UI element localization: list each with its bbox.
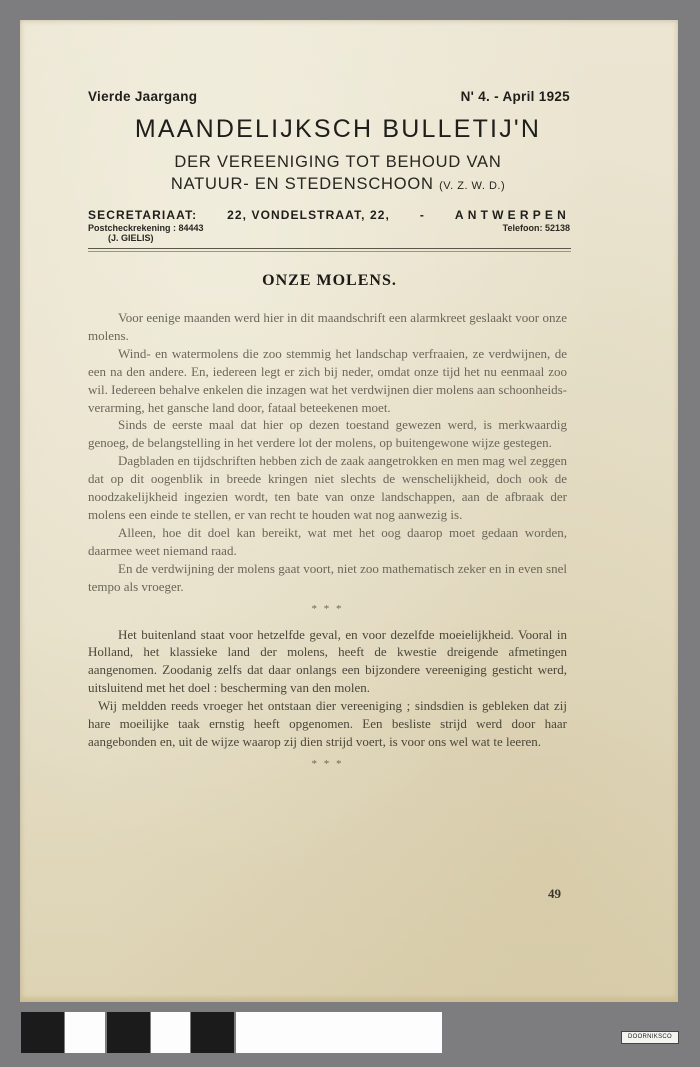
article-title: ONZE MOLENS. (88, 272, 571, 290)
paragraph: Het buitenland staat voor hetzelfde geva… (88, 626, 567, 698)
section-break: * * * (88, 600, 567, 618)
paragraph: Voor eenige maanden werd hier in dit maa… (88, 309, 567, 345)
color-bar-black-2 (107, 1012, 150, 1053)
secretariat-line: SECRETARIAAT: 22, VONDELSTRAAT, 22, - AN… (88, 208, 570, 222)
scanned-page: Vierde Jaargang N' 4. - April 1925 MAAND… (20, 20, 678, 1002)
contact-line: Postcheckrekening : 84443 Telefoon: 5213… (88, 223, 570, 233)
color-bar-white-1 (65, 1012, 105, 1053)
postcheck-holder: (J. GIELIS) (108, 233, 154, 243)
paragraph: En de verdwijning der molens gaat voort,… (88, 560, 567, 596)
header-rule (88, 248, 571, 249)
subtitle-text: NATUUR- EN STEDENSCHOON (171, 175, 434, 193)
publication-title: MAANDELIJKSCH BULLETIJ'N (88, 115, 588, 144)
color-bar-white-2 (151, 1012, 190, 1053)
secretariat-address: 22, VONDELSTRAAT, 22, (227, 208, 390, 222)
masthead-top-row: Vierde Jaargang N' 4. - April 1925 (88, 89, 570, 104)
archive-tag: DOORNIKSCO (621, 1031, 679, 1044)
postcheck: Postcheckrekening : 84443 (88, 223, 204, 233)
article-body: Voor eenige maanden werd hier in dit maa… (88, 309, 567, 781)
publication-subtitle-1: DER VEREENIGING TOT BEHOUD VAN (88, 153, 588, 172)
color-bar-white-3 (236, 1012, 442, 1053)
header-rule-secondary (88, 251, 571, 252)
paragraph: Wind- en watermolens die zoo stemmig het… (88, 345, 567, 417)
page-number: 49 (548, 886, 561, 902)
paragraph: Alleen, hoe dit doel kan bereikt, wat me… (88, 524, 567, 560)
paragraph: Wij meldden reeds vroeger het ontstaan d… (88, 697, 567, 751)
section-break: * * * (88, 755, 567, 773)
paragraph: Sinds de eerste maal dat hier op dezen t… (88, 416, 567, 452)
legal-form: (V. Z. W. D.) (439, 180, 505, 192)
telephone: Telefoon: 52138 (503, 223, 570, 233)
volume-label: Vierde Jaargang (88, 89, 197, 104)
publication-subtitle-2: NATUUR- EN STEDENSCHOON (V. Z. W. D.) (88, 175, 588, 194)
color-bar-black-1 (21, 1012, 64, 1053)
city: ANTWERPEN (455, 208, 570, 222)
issue-label: N' 4. - April 1925 (461, 89, 570, 104)
paragraph: Dagbladen en tijdschriften hebben zich d… (88, 452, 567, 524)
color-bar-black-3 (191, 1012, 234, 1053)
paper-edge (20, 994, 678, 1002)
secretariat-label: SECRETARIAAT: (88, 208, 197, 222)
separator: - (420, 208, 425, 222)
